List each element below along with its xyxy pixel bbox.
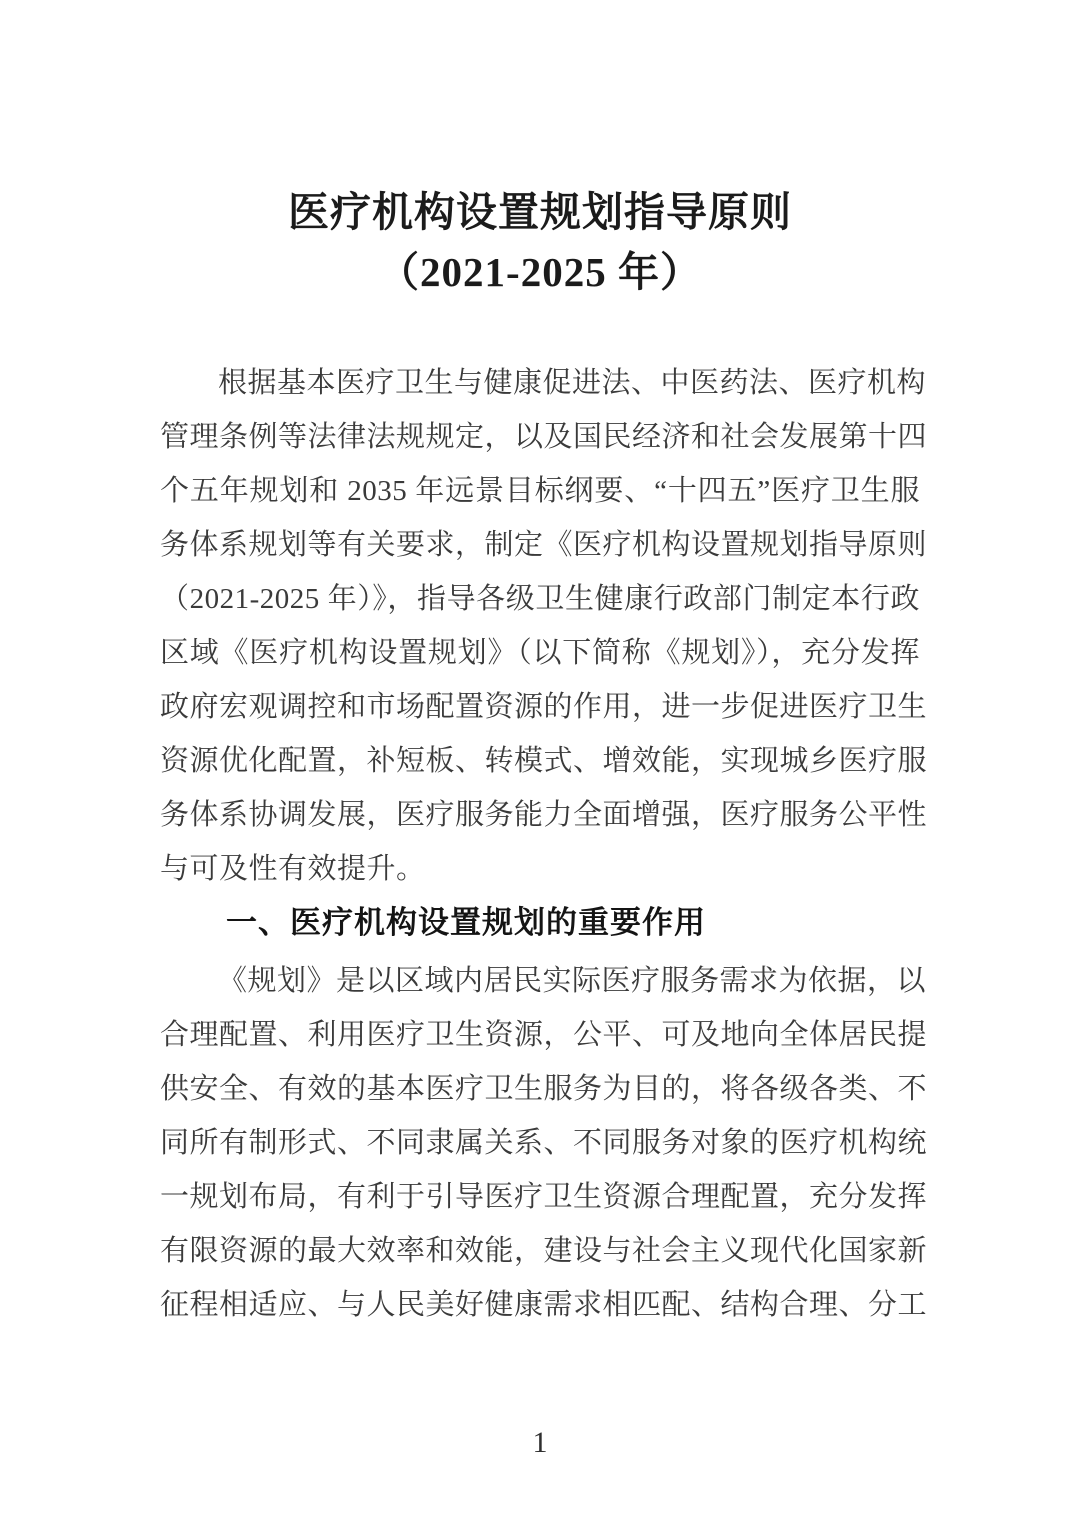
body-line: （2021-2025 年）》，指导各级卫生健康行政部门制定本行政 [160, 572, 920, 626]
body-line: 同所有制形式、不同隶属关系、不同服务对象的医疗机构统 [160, 1116, 920, 1170]
body-line: 区域《医疗机构设置规划》（以下简称《规划》），充分发挥 [160, 626, 920, 680]
body-line: 一规划布局，有利于引导医疗卫生资源合理配置，充分发挥 [160, 1170, 920, 1224]
body-line: 管理条例等法律法规规定，以及国民经济和社会发展第十四 [160, 410, 920, 464]
page-number: 1 [0, 1422, 1080, 1464]
body-line: 与可及性有效提升。 [160, 842, 920, 896]
body-line: 《规划》是以区域内居民实际医疗服务需求为依据，以 [160, 954, 920, 1008]
document-body: 根据基本医疗卫生与健康促进法、中医药法、医疗机构 管理条例等法律法规规定，以及国… [160, 356, 920, 1332]
body-line: 根据基本医疗卫生与健康促进法、中医药法、医疗机构 [160, 356, 920, 410]
document-title-line1: 医疗机构设置规划指导原则 [0, 182, 1080, 242]
document-title: 医疗机构设置规划指导原则 （2021-2025 年） [0, 182, 1080, 302]
document-title-line2: （2021-2025 年） [0, 242, 1080, 302]
body-line: 务体系协调发展，医疗服务能力全面增强，医疗服务公平性 [160, 788, 920, 842]
body-line: 政府宏观调控和市场配置资源的作用，进一步促进医疗卫生 [160, 680, 920, 734]
body-line: 务体系规划等有关要求，制定《医疗机构设置规划指导原则 [160, 518, 920, 572]
body-line: 供安全、有效的基本医疗卫生服务为目的，将各级各类、不 [160, 1062, 920, 1116]
body-line: 合理配置、利用医疗卫生资源，公平、可及地向全体居民提 [160, 1008, 920, 1062]
paragraph-2: 《规划》是以区域内居民实际医疗服务需求为依据，以 合理配置、利用医疗卫生资源，公… [160, 954, 920, 1332]
section-heading-1: 一、医疗机构设置规划的重要作用 [160, 896, 920, 950]
body-line: 资源优化配置，补短板、转模式、增效能，实现城乡医疗服 [160, 734, 920, 788]
body-line: 征程相适应、与人民美好健康需求相匹配、结构合理、分工 [160, 1278, 920, 1332]
document-page: 医疗机构设置规划指导原则 （2021-2025 年） 根据基本医疗卫生与健康促进… [0, 0, 1080, 1526]
paragraph-1: 根据基本医疗卫生与健康促进法、中医药法、医疗机构 管理条例等法律法规规定，以及国… [160, 356, 920, 896]
body-line: 有限资源的最大效率和效能，建设与社会主义现代化国家新 [160, 1224, 920, 1278]
body-line: 个五年规划和 2035 年远景目标纲要、“十四五”医疗卫生服 [160, 464, 920, 518]
